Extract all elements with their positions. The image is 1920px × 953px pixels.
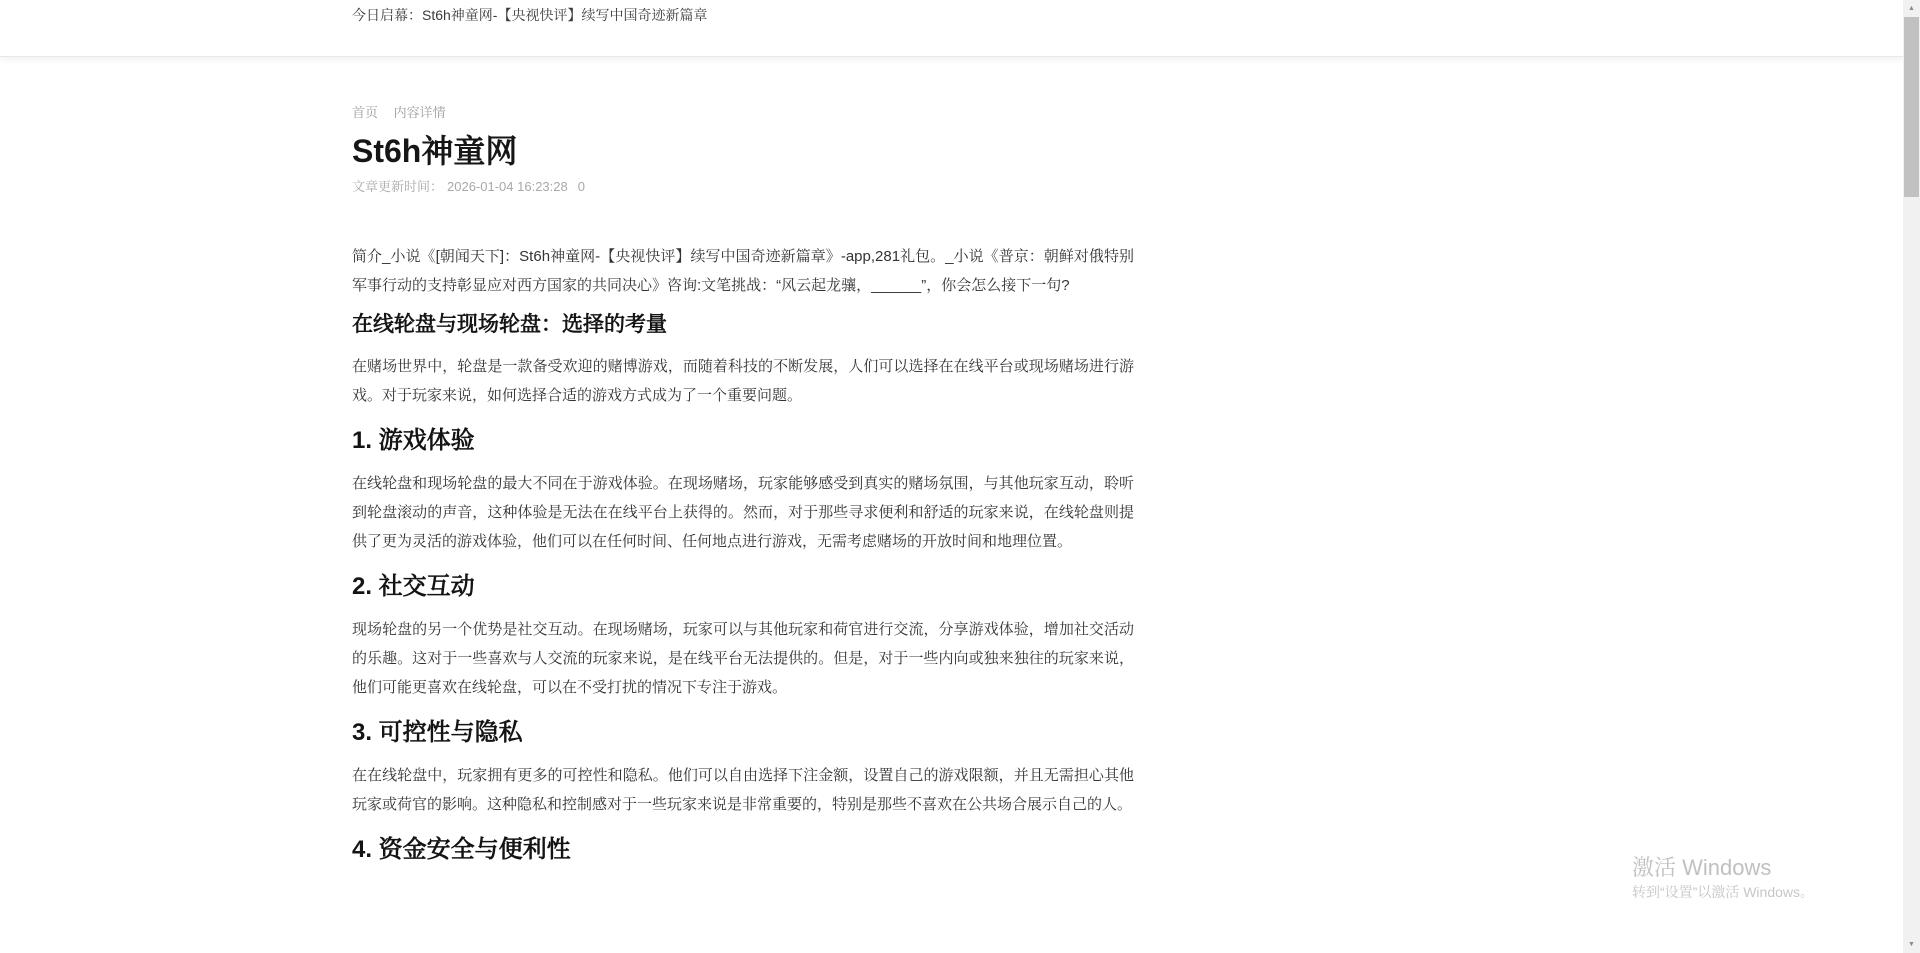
breadcrumb: 首页 内容详情 — [352, 104, 1134, 122]
section-heading-social-interaction: 2. 社交互动 — [352, 570, 1134, 603]
section-paragraph: 在赌场世界中，轮盘是一款备受欢迎的赌博游戏，而随着科技的不断发展，人们可以选择在… — [352, 352, 1134, 410]
section-heading-game-experience: 1. 游戏体验 — [352, 424, 1134, 457]
scrollbar-down-arrow-icon[interactable]: ▼ — [1903, 936, 1920, 953]
meta-updated-label: 文章更新时间： — [352, 179, 443, 194]
meta-updated-time: 2026-01-04 16:23:28 — [447, 179, 568, 194]
article-intro-paragraph: 简介_小说《[朝闻天下]：St6h神童网-【央视快评】续写中国奇迹新篇章》-ap… — [352, 242, 1134, 300]
watermark-line1: 激活 Windows — [1632, 855, 1814, 881]
breadcrumb-current[interactable]: 内容详情 — [394, 105, 446, 120]
section-paragraph: 现场轮盘的另一个优势是社交互动。在现场赌场，玩家可以与其他玩家和荷官进行交流，分… — [352, 615, 1134, 702]
page-title: St6h神童网 — [352, 132, 1134, 170]
scrollbar-thumb[interactable] — [1904, 17, 1919, 197]
section-heading-control-privacy: 3. 可控性与隐私 — [352, 716, 1134, 749]
windows-activation-watermark: 激活 Windows 转到“设置”以激活 Windows。 — [1632, 855, 1814, 901]
meta-comment-count: 0 — [578, 179, 585, 194]
announcement-link[interactable]: 今日启幕：St6h神童网-【央视快评】续写中国奇迹新篇章 — [352, 6, 707, 24]
section-paragraph: 在线轮盘和现场轮盘的最大不同在于游戏体验。在现场赌场，玩家能够感受到真实的赌场氛… — [352, 469, 1134, 556]
scrollbar-up-arrow-icon[interactable]: ▲ — [1903, 0, 1920, 17]
section-heading-considerations: 在线轮盘与现场轮盘：选择的考量 — [352, 310, 1134, 340]
article-meta: 文章更新时间：2026-01-04 16:23:280 — [352, 178, 1134, 196]
section-heading-fund-safety: 4. 资金安全与便利性 — [352, 833, 1134, 866]
topbar: 今日启幕：St6h神童网-【央视快评】续写中国奇迹新篇章 — [0, 0, 1903, 57]
breadcrumb-home-link[interactable]: 首页 — [352, 105, 378, 120]
section-paragraph: 在在线轮盘中，玩家拥有更多的可控性和隐私。他们可以自由选择下注金额，设置自己的游… — [352, 761, 1134, 819]
watermark-line2: 转到“设置”以激活 Windows。 — [1632, 883, 1814, 901]
scrollbar-track[interactable]: ▲ ▼ — [1903, 0, 1920, 953]
article-container: 首页 内容详情 St6h神童网 文章更新时间：2026-01-04 16:23:… — [352, 57, 1134, 866]
